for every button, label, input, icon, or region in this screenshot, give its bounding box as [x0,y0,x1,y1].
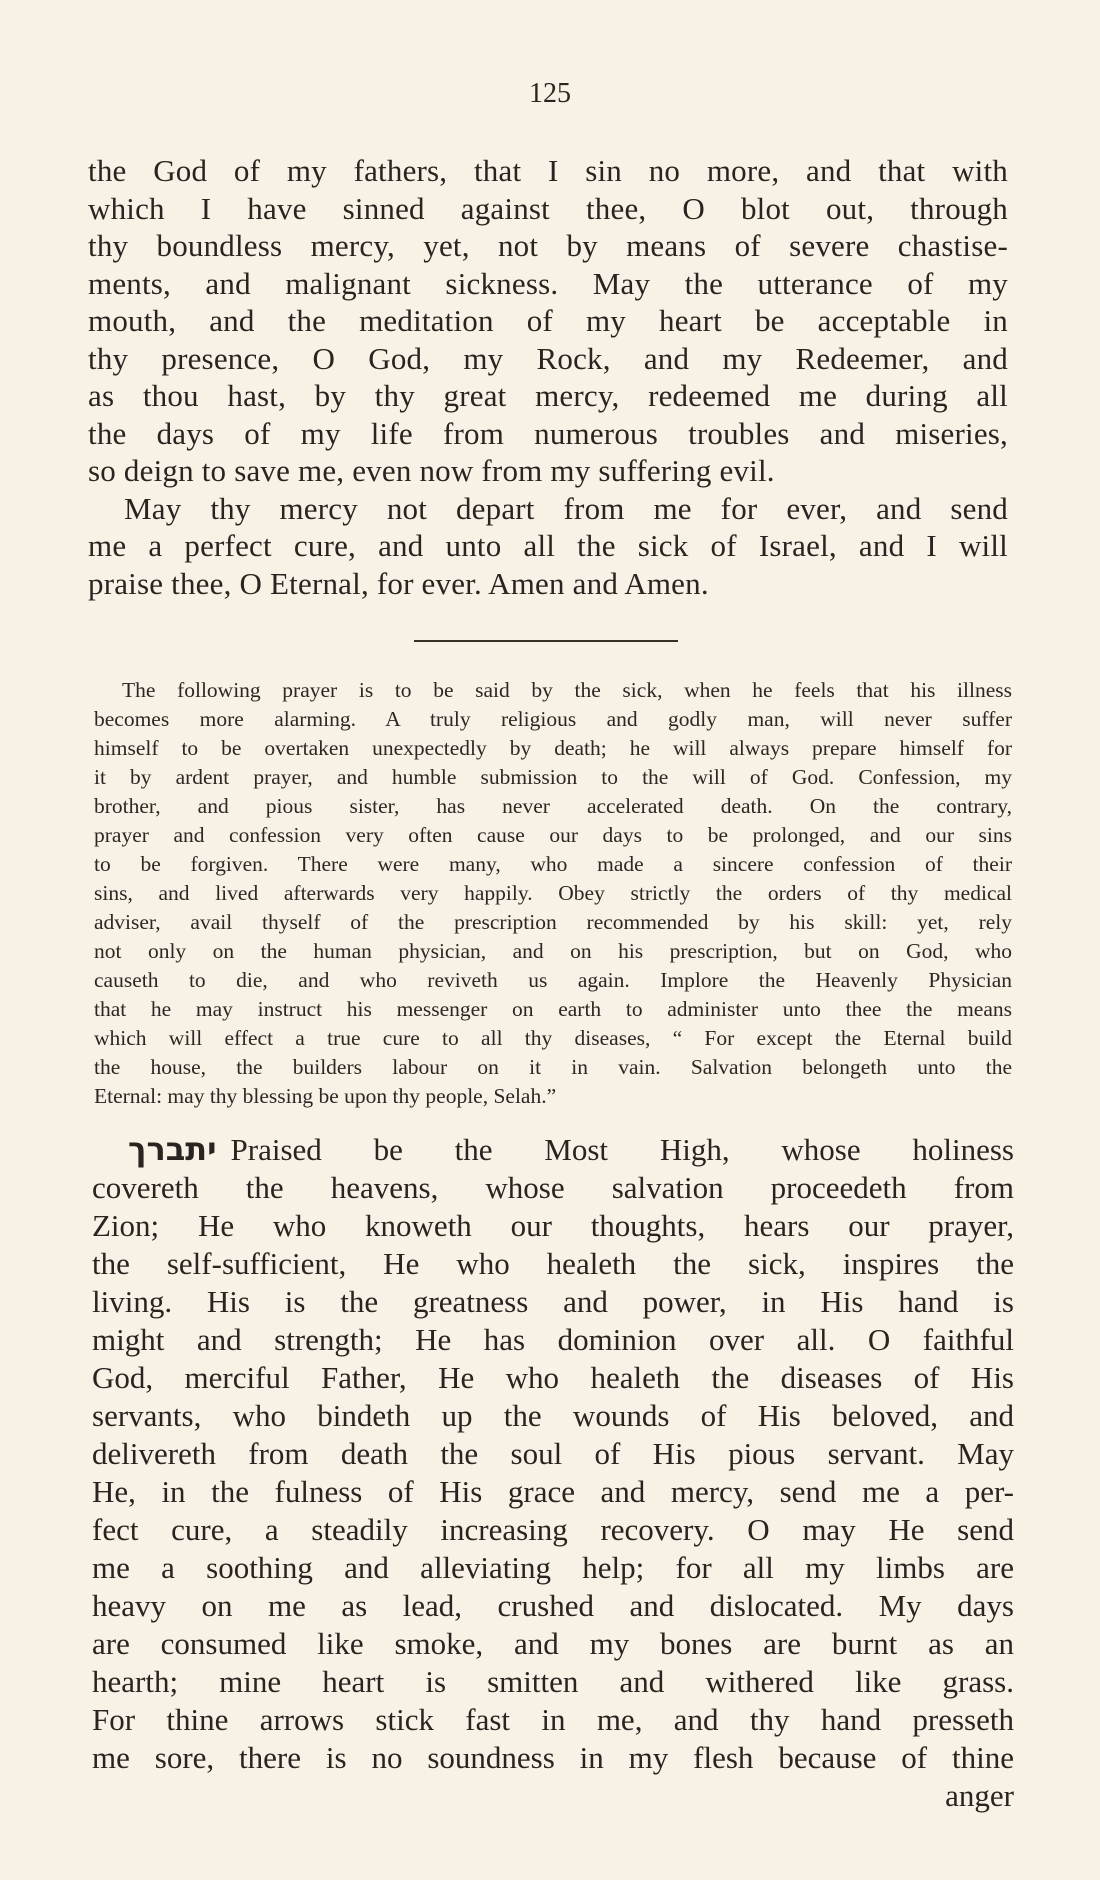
note-line: sins, and lived afterwards very happily.… [94,879,1012,908]
text-line: praise thee, O Eternal, for ever. Amen a… [88,565,1008,603]
hebrew-word: יתברך [92,1130,217,1168]
prayer-paragraph: יתברךPraised be the Most High, whose hol… [92,1130,1014,1815]
text-line: me a perfect cure, and unto all the sick… [88,527,1008,565]
text-line: servants, who bindeth up the wounds of H… [92,1397,1014,1435]
section-divider [414,640,678,642]
note-line: to be forgiven. There were many, who mad… [94,850,1012,879]
text-line: thy boundless mercy, yet, not by means o… [88,227,1008,265]
page-number: 125 [0,78,1100,110]
main-paragraph: the God of my fathers, that I sin no mor… [88,152,1008,602]
text-line: which I have sinned against thee, O blot… [88,190,1008,228]
text-line: Zion; He who knoweth our thoughts, hears… [92,1207,1014,1245]
text-line: mouth, and the meditation of my heart be… [88,302,1008,340]
note-line: brother, and pious sister, has never acc… [94,792,1012,821]
text-line: hearth; mine heart is smitten and wither… [92,1663,1014,1701]
text-line: For thine arrows stick fast in me, and t… [92,1701,1014,1739]
text-line: fect cure, a steadily increasing recover… [92,1511,1014,1549]
text-line: the God of my fathers, that I sin no mor… [88,152,1008,190]
note-line: causeth to die, and who reviveth us agai… [94,966,1012,995]
note-line: prayer and confession very often cause o… [94,821,1012,850]
text-line: me a soothing and alleviating help; for … [92,1549,1014,1587]
text-line: living. His is the greatness and power, … [92,1283,1014,1321]
text-line: are consumed like smoke, and my bones ar… [92,1625,1014,1663]
note-line: that he may instruct his messenger on ea… [94,995,1012,1024]
text-span: Praised be the Most High, whose holiness [231,1132,1014,1167]
text-line: He, in the fulness of His grace and merc… [92,1473,1014,1511]
text-line: might and strength; He has dominion over… [92,1321,1014,1359]
text-line: May thy mercy not depart from me for eve… [88,490,1008,528]
text-line: the self-sufficient, He who healeth the … [92,1245,1014,1283]
note-line: which will effect a true cure to all thy… [94,1024,1012,1053]
text-line: God, merciful Father, He who healeth the… [92,1359,1014,1397]
text-line: thy presence, O God, my Rock, and my Red… [88,340,1008,378]
note-line: adviser, avail thyself of the prescripti… [94,908,1012,937]
text-line: so deign to save me, even now from my su… [88,452,1008,490]
note-line: becomes more alarming. A truly religious… [94,705,1012,734]
note-line: himself to be overtaken unexpectedly by … [94,734,1012,763]
note-line: The following prayer is to be said by th… [94,676,1012,705]
text-line: me sore, there is no soundness in my fle… [92,1739,1014,1777]
text-line: covereth the heavens, whose salvation pr… [92,1169,1014,1207]
text-line: the days of my life from numerous troubl… [88,415,1008,453]
prayer-first-line: יתברךPraised be the Most High, whose hol… [92,1130,1014,1169]
text-line: delivereth from death the soul of His pi… [92,1435,1014,1473]
note-line: the house, the builders labour on it in … [94,1053,1012,1082]
instruction-note: The following prayer is to be said by th… [94,676,1012,1111]
note-line: it by ardent prayer, and humble submissi… [94,763,1012,792]
text-line: heavy on me as lead, crushed and disloca… [92,1587,1014,1625]
text-line: as thou hast, by thy great mercy, redeem… [88,377,1008,415]
note-line: not only on the human physician, and on … [94,937,1012,966]
note-line: Eternal: may thy blessing be upon thy pe… [94,1082,1012,1111]
text-line: ments, and malignant sickness. May the u… [88,265,1008,303]
catchword: anger [92,1777,1014,1815]
